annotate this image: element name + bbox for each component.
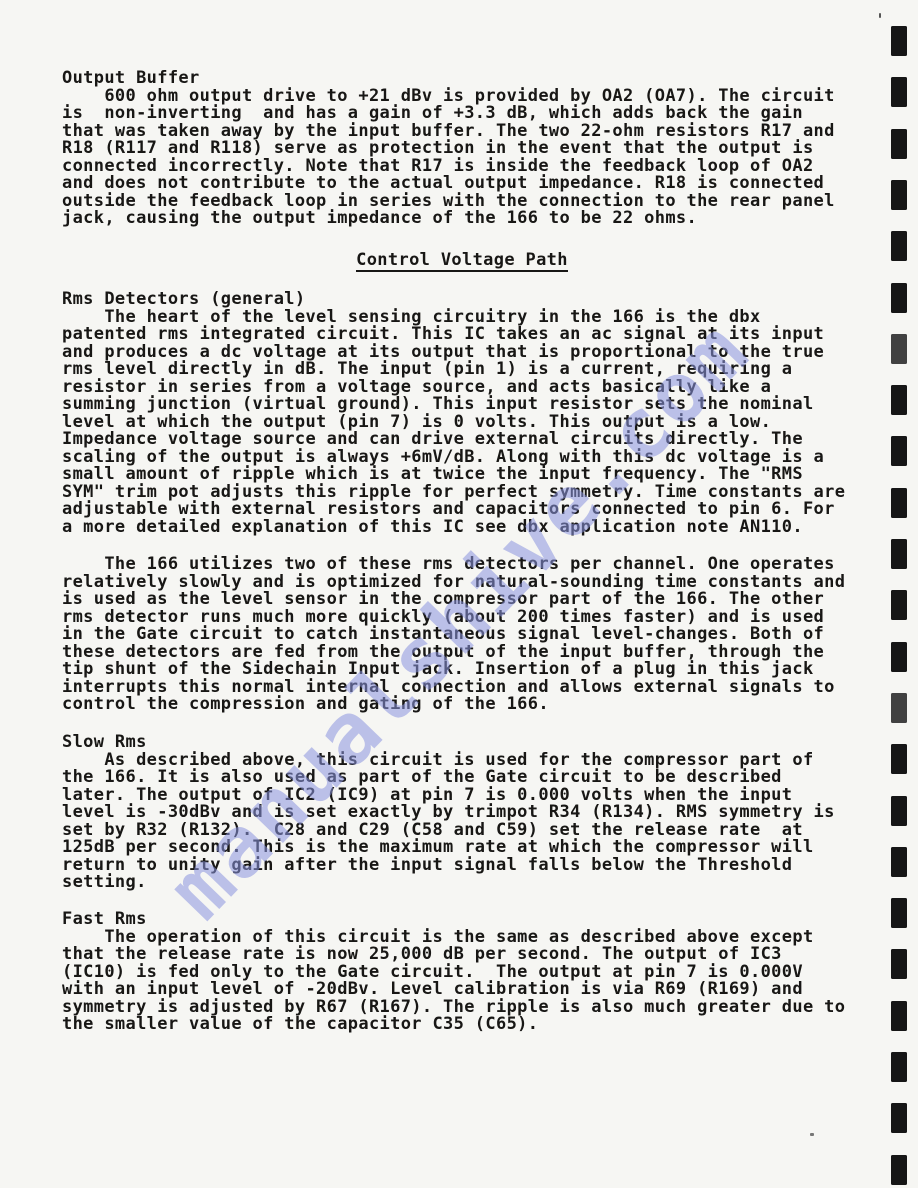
document-section: Control Voltage Path	[62, 252, 862, 273]
binding-mark	[891, 949, 907, 979]
binding-mark	[891, 539, 907, 569]
scan-speck	[879, 13, 881, 18]
text-line: adjustable with external resistors and c…	[62, 501, 862, 519]
text-line: patented rms integrated circuit. This IC…	[62, 326, 862, 344]
binding-mark	[891, 436, 907, 466]
binding-mark	[891, 898, 907, 928]
document-section: Slow Rms As described above, this circui…	[62, 734, 862, 892]
text-line: setting.	[62, 874, 862, 892]
document-section: The 166 utilizes two of these rms detect…	[62, 556, 862, 714]
binding-mark	[891, 847, 907, 877]
text-line: control the compression and gating of th…	[62, 696, 862, 714]
text-line: summing junction (virtual ground). This …	[62, 396, 862, 414]
binding-mark	[891, 1155, 907, 1185]
text-line: a more detailed explanation of this IC s…	[62, 519, 862, 537]
section-heading: Slow Rms	[62, 734, 862, 752]
binding-mark	[891, 180, 907, 210]
text-line: 125dB per second. This is the maximum ra…	[62, 839, 862, 857]
text-line: jack, causing the output impedance of th…	[62, 210, 862, 228]
text-line: is non-inverting and has a gain of +3.3 …	[62, 105, 862, 123]
document-section: Fast Rms The operation of this circuit i…	[62, 911, 862, 1034]
binding-mark	[891, 642, 907, 672]
binding-mark	[891, 796, 907, 826]
binding-mark	[891, 744, 907, 774]
binding-mark	[891, 590, 907, 620]
text-line: the smaller value of the capacitor C35 (…	[62, 1016, 862, 1034]
binding-mark	[891, 231, 907, 261]
section-heading: Rms Detectors (general)	[62, 291, 862, 309]
binding-mark	[891, 334, 907, 364]
binding-mark	[891, 26, 907, 56]
section-heading: Fast Rms	[62, 911, 862, 929]
text-line: R18 (R117 and R118) serve as protection …	[62, 140, 862, 158]
binding-mark	[891, 129, 907, 159]
document-content: Output Buffer 600 ohm output drive to +2…	[62, 70, 862, 1034]
text-line: in the Gate circuit to catch instantaneo…	[62, 626, 862, 644]
binding-mark	[891, 693, 907, 723]
text-line: Impedance voltage source and can drive e…	[62, 431, 862, 449]
text-line: that the release rate is now 25,000 dB p…	[62, 946, 862, 964]
section-heading: Output Buffer	[62, 70, 862, 88]
text-line: return to unity gain after the input sig…	[62, 857, 862, 875]
scan-speck	[810, 1133, 814, 1136]
text-line: rms level directly in dB. The input (pin…	[62, 361, 862, 379]
scanned-manual-page: Output Buffer 600 ohm output drive to +2…	[0, 0, 918, 1188]
text-line: and does not contribute to the actual ou…	[62, 175, 862, 193]
binding-mark	[891, 488, 907, 518]
binding-mark	[891, 77, 907, 107]
text-line: small amount of ripple which is at twice…	[62, 466, 862, 484]
binding-mark	[891, 283, 907, 313]
document-section: Rms Detectors (general) The heart of the…	[62, 291, 862, 536]
text-line: level is -30dBv and is set exactly by tr…	[62, 804, 862, 822]
text-line: is used as the level sensor in the compr…	[62, 591, 862, 609]
text-line: with an input level of -20dBv. Level cal…	[62, 981, 862, 999]
text-line: The 166 utilizes two of these rms detect…	[62, 556, 862, 574]
text-line: the 166. It is also used as part of the …	[62, 769, 862, 787]
binding-mark	[891, 1001, 907, 1031]
document-section: Output Buffer 600 ohm output drive to +2…	[62, 70, 862, 228]
text-line: tip shunt of the Sidechain Input jack. I…	[62, 661, 862, 679]
binding-mark	[891, 385, 907, 415]
binding-mark	[891, 1052, 907, 1082]
binding-mark	[891, 1103, 907, 1133]
section-heading: Control Voltage Path	[62, 252, 862, 273]
